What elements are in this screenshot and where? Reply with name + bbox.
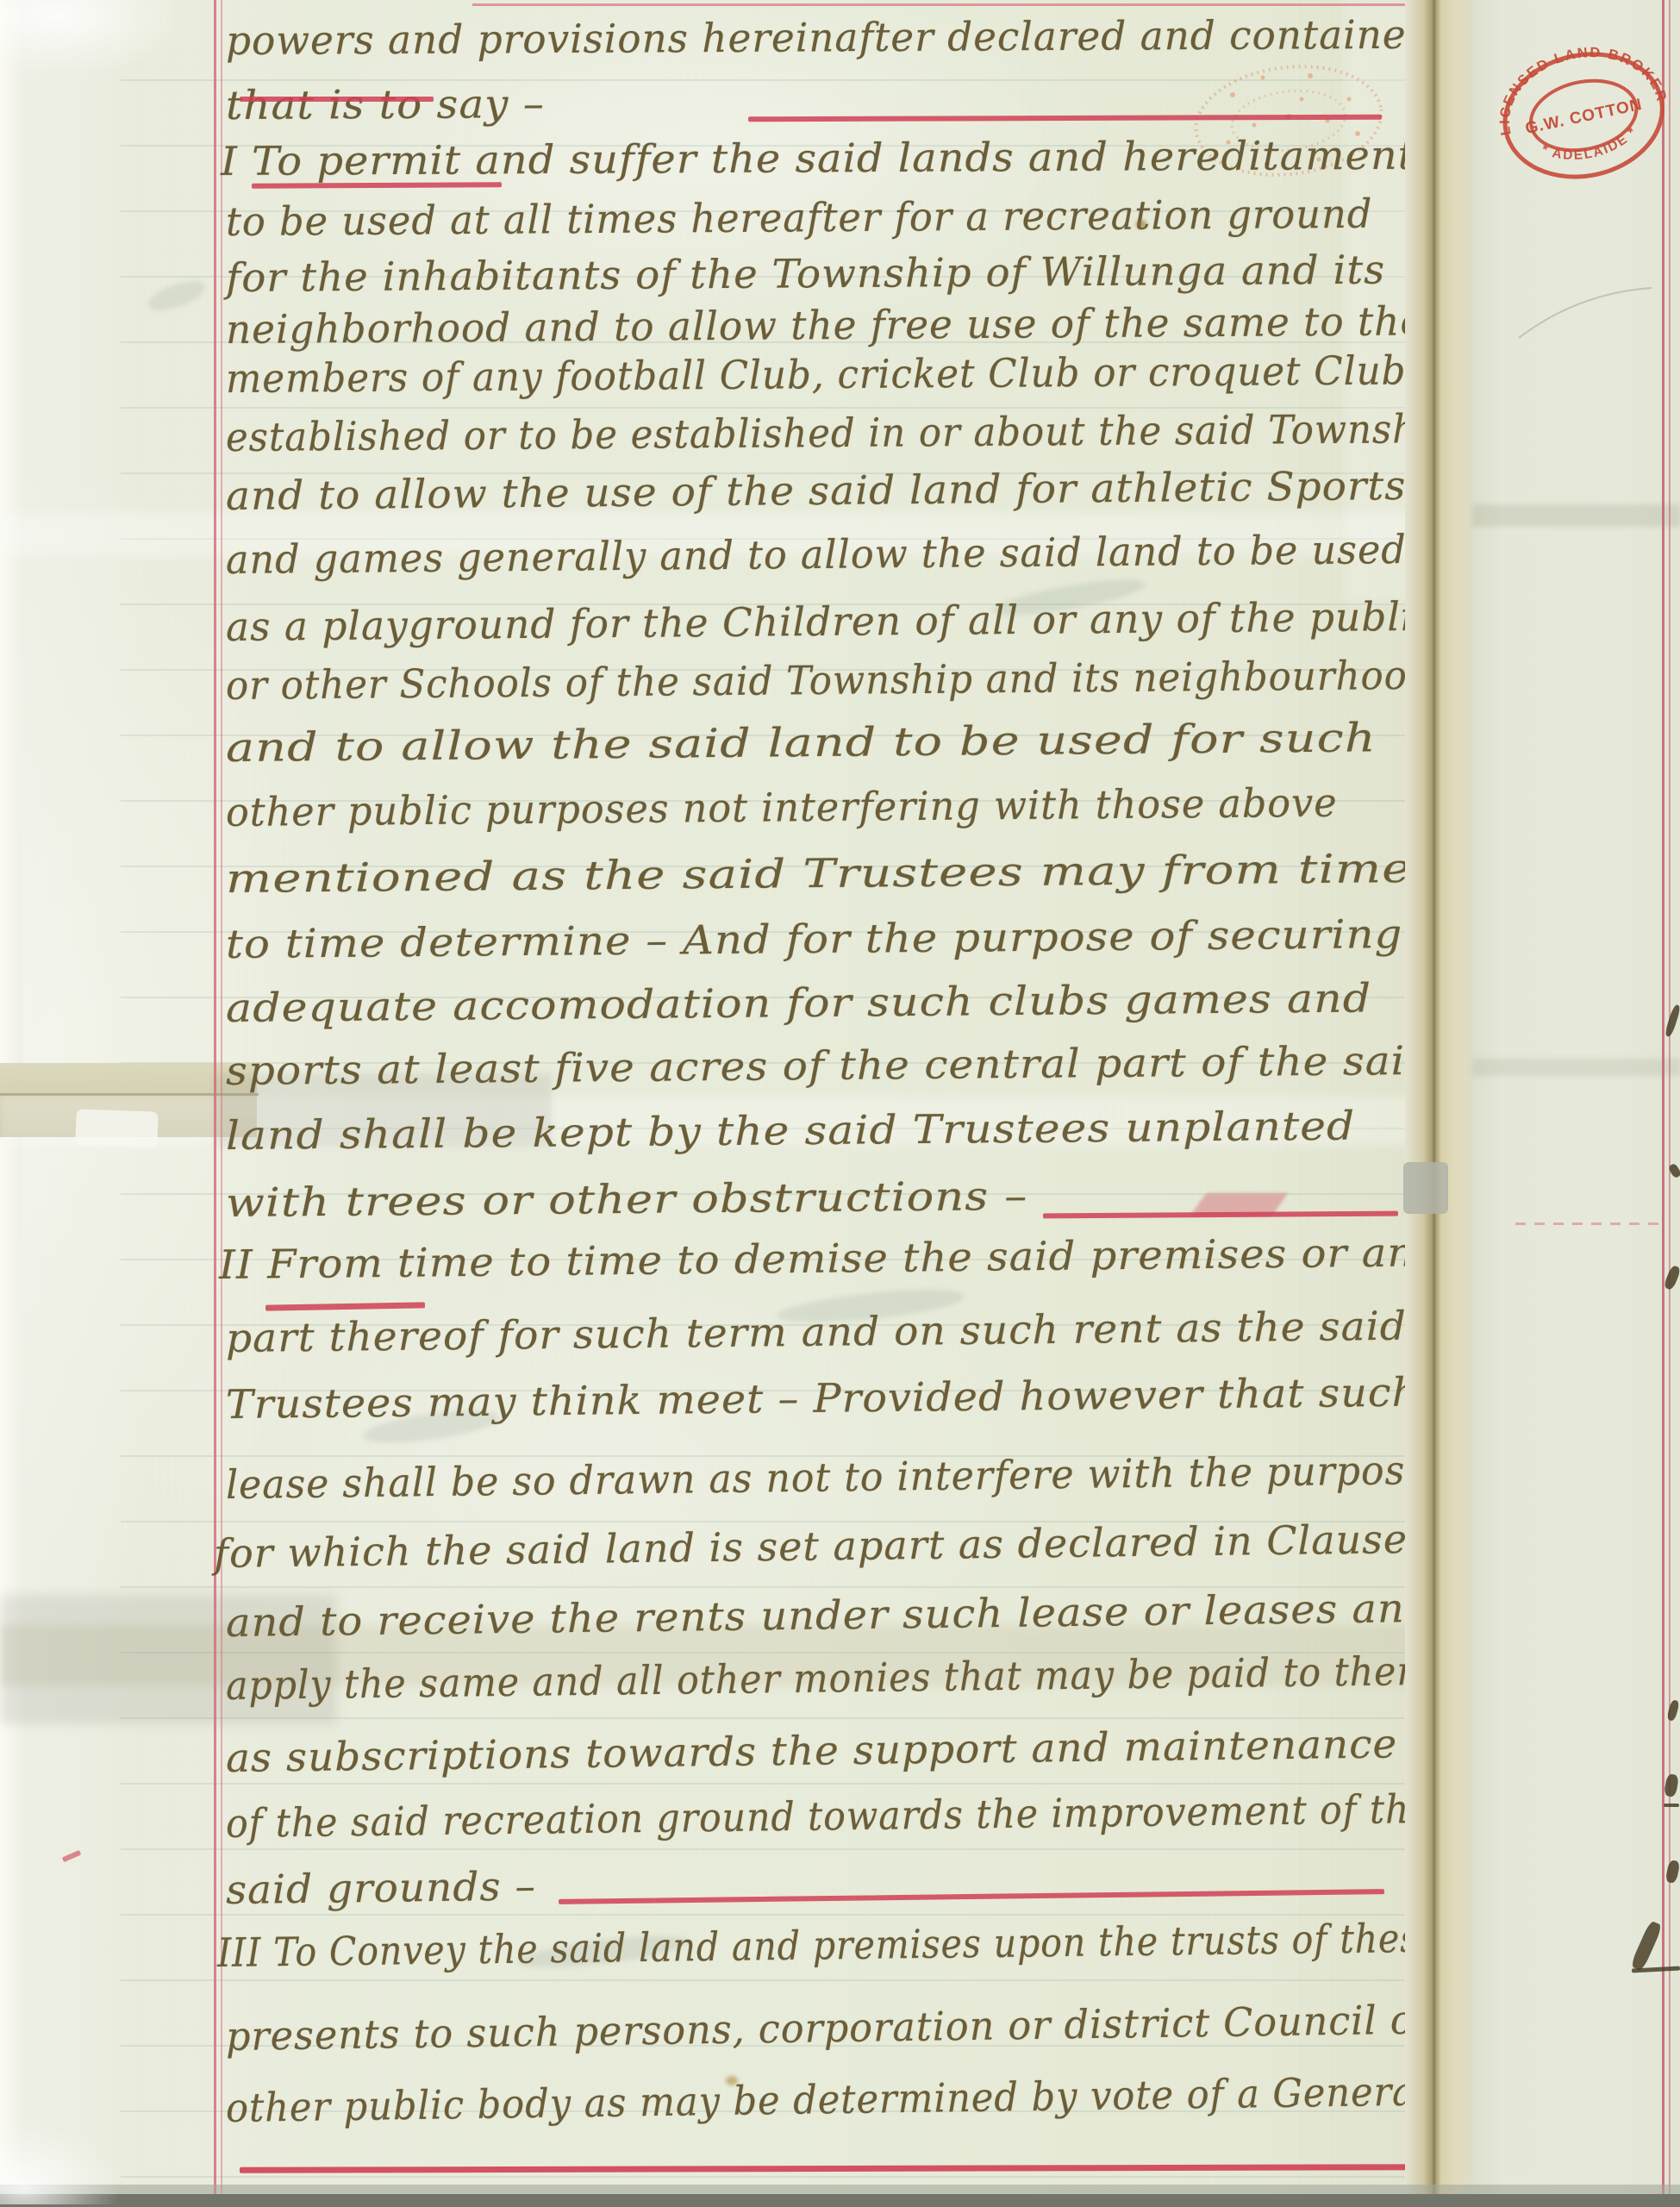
- adjacent-red-line: [1662, 0, 1664, 2207]
- handwritten-line: to be used at all times hereafter for a …: [226, 191, 1373, 246]
- adjacent-crease: [1472, 1059, 1680, 1076]
- handwritten-line: to time determine – And for the purpose …: [226, 910, 1403, 968]
- red-feather-mark: [1190, 1193, 1288, 1216]
- handwritten-line: neighborhood and to allow the free use o…: [226, 297, 1425, 353]
- red-rule-bleed: [1515, 1222, 1664, 1225]
- handwritten-line: II From time to time to demise the said …: [219, 1229, 1440, 1289]
- handwritten-line: or other Schools of the said Township an…: [226, 652, 1433, 710]
- handwritten-line: other public purposes not interfering wi…: [226, 779, 1338, 836]
- handwritten-line: apply the same and all other monies that…: [226, 1647, 1433, 1710]
- handwritten-line: land shall be kept by the said Trustees …: [226, 1103, 1356, 1160]
- adjacent-crease: [1472, 504, 1680, 527]
- handwritten-line: members of any football Club, cricket Cl…: [226, 347, 1407, 403]
- handwritten-line: established or to be established in or a…: [226, 405, 1455, 461]
- scan-bottom-strip: [0, 2194, 1680, 2207]
- page-fold-strip: [1405, 0, 1472, 2207]
- handwritten-line: and to allow the use of the said land fo…: [226, 462, 1407, 520]
- handwritten-line: sports at least five acres of the centra…: [226, 1037, 1433, 1095]
- handwriting-block: powers and provisions hereinafter declar…: [0, 0, 1438, 2207]
- handwritten-line: part thereof for such term and on such r…: [226, 1303, 1407, 1363]
- handwritten-line: and to receive the rents under such leas…: [226, 1585, 1433, 1647]
- handwritten-line: other public body as may be determined b…: [226, 2068, 1428, 2133]
- edge-ink-underline: [1664, 1804, 1679, 1807]
- handwritten-line: as a playground for the Children of all …: [226, 593, 1437, 651]
- handwritten-line: with trees or other obstructions –: [226, 1172, 1028, 1227]
- handwritten-line: lease shall be so drawn as not to interf…: [226, 1447, 1450, 1510]
- handwritten-line: III To Convey the said land and premises…: [217, 1915, 1441, 1978]
- scanned-deed-page: powers and provisions hereinafter declar…: [0, 0, 1680, 2207]
- red-underline-powers: [240, 97, 434, 102]
- handwritten-line: as subscriptions towards the support and…: [226, 1720, 1398, 1782]
- fold-crease-line: [1433, 0, 1435, 2207]
- handwritten-line: for which the said land is set apart as …: [214, 1516, 1439, 1579]
- bottom-left-light-patch: [0, 2123, 121, 2204]
- handwritten-line: adequate accomodation for such clubs gam…: [226, 974, 1372, 1032]
- handwritten-line: mentioned as the said Trustees may from …: [226, 845, 1412, 903]
- handwritten-line: of the said recreation ground towards th…: [226, 1785, 1433, 1848]
- stain: [1136, 220, 1146, 228]
- handwritten-line: and to allow the said land to be used fo…: [226, 714, 1377, 772]
- stain: [726, 2076, 738, 2085]
- handwritten-line: Trustees may think meet – Provided howev…: [226, 1369, 1420, 1429]
- handwritten-line: powers and provisions hereinafter declar…: [226, 11, 1433, 66]
- handwritten-line: and games generally and to allow the sai…: [226, 526, 1407, 584]
- pencil-arc: [1517, 284, 1655, 345]
- handwritten-line: I To permit and suffer the said lands an…: [221, 132, 1438, 186]
- handwritten-line: that is to say –: [226, 80, 545, 129]
- handwritten-line: said grounds –: [226, 1863, 537, 1915]
- handwritten-line: presents to such persons, corporation or…: [226, 1996, 1434, 2060]
- handwritten-line: for the inhabitants of the Township of W…: [226, 247, 1385, 303]
